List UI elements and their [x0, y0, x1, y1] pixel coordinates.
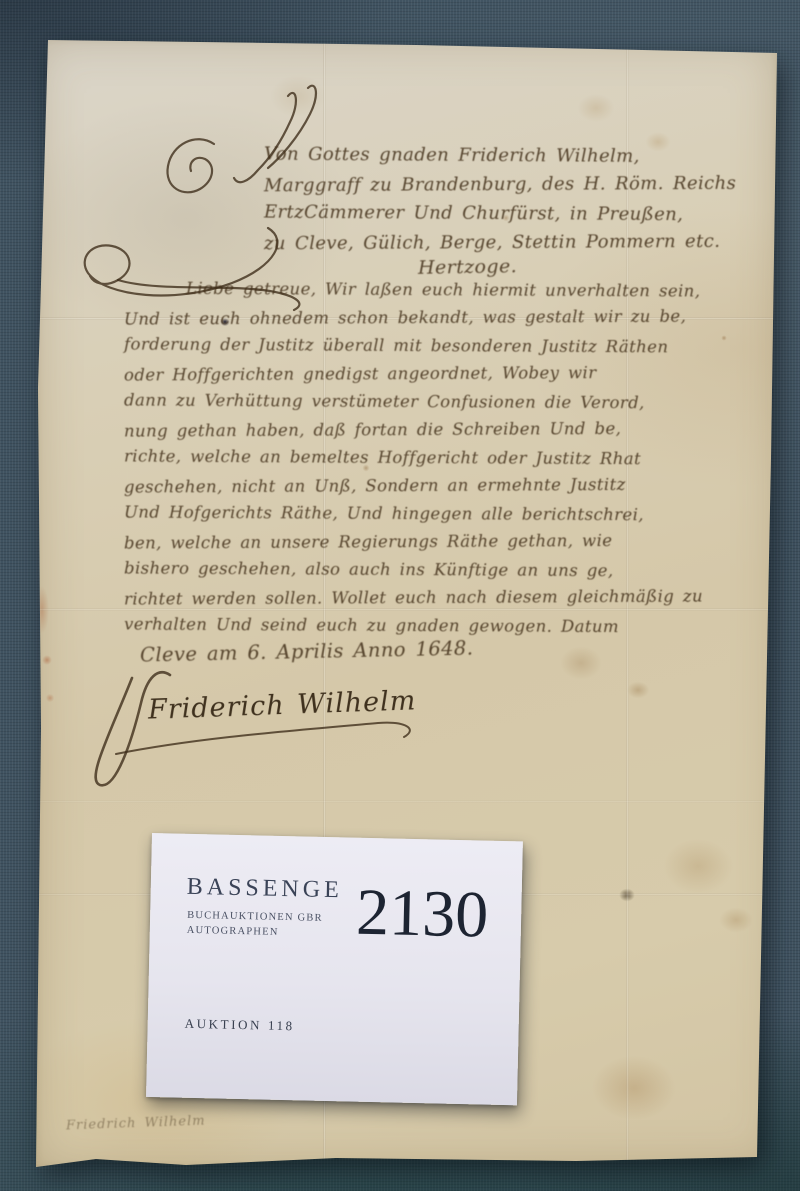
handwriting-line: Und ist euch ohnedem schon bekandt, was … — [124, 302, 703, 333]
horizontal-fold-crease — [36, 800, 778, 803]
handwriting-line: Und Hofgerichts Räthe, Und hingegen alle… — [124, 498, 703, 529]
auction-lot-card: BASSENGE BUCHAUKTIONEN GBR AUTOGRAPHEN 2… — [146, 833, 523, 1105]
handwriting-line: Liebe getreue, Wir laßen euch hiermit un… — [124, 274, 703, 305]
handwriting-line: ErtzCämmerer Und Churfürst, in Preußen, — [264, 198, 736, 230]
handwriting-line: bishero geschehen, also auch ins Künftig… — [124, 554, 703, 585]
dateline: Cleve am 6. Aprilis Anno 1648. — [140, 637, 474, 667]
handwriting-line: ben, welche an unsere Regierungs Räthe g… — [124, 526, 703, 557]
pencil-note: Friedrich Wilhelm — [66, 1114, 206, 1134]
handwriting-line: dann zu Verhüttung verstümeter Confusion… — [124, 386, 703, 417]
auction-house-department: AUTOGRAPHEN — [187, 925, 279, 938]
photo-fabric-background: Von Gottes gnaden Friderich Wilhelm, Mar… — [0, 0, 800, 1191]
signature: Friderich Wilhelm — [148, 685, 417, 725]
handwriting-line: nung gethan haben, daß fortan die Schrei… — [124, 414, 703, 445]
letter-body: Liebe getreue, Wir laßen euch hiermit un… — [124, 276, 703, 640]
handwriting-line: richte, welche an bemeltes Hoffgericht o… — [124, 442, 703, 473]
signature-flourish — [96, 672, 170, 785]
letter-header: Von Gottes gnaden Friderich Wilhelm, Mar… — [264, 141, 736, 257]
handwriting-line: richtet werden sollen. Wollet euch nach … — [124, 582, 703, 613]
handwriting-line: Von Gottes gnaden Friderich Wilhelm, — [264, 140, 736, 172]
handwriting-line: geschehen, nicht an Unß, Sondern an erme… — [124, 470, 703, 501]
handwriting-line: zu Cleve, Gülich, Berge, Stettin Pommern… — [264, 227, 736, 258]
handwriting-line: oder Hoffgerichten gnedigst angeordnet, … — [124, 358, 703, 389]
auction-house-name: BASSENGE — [186, 874, 343, 905]
auction-house-subtitle: BUCHAUKTIONEN GBR — [187, 910, 323, 924]
handwriting-line: Marggraff zu Brandenburg, des H. Röm. Re… — [264, 169, 736, 200]
lot-number: 2130 — [355, 880, 488, 949]
handwriting-line: forderung der Justitz überall mit besond… — [124, 330, 703, 361]
auction-number: AUKTION 118 — [184, 1016, 294, 1034]
